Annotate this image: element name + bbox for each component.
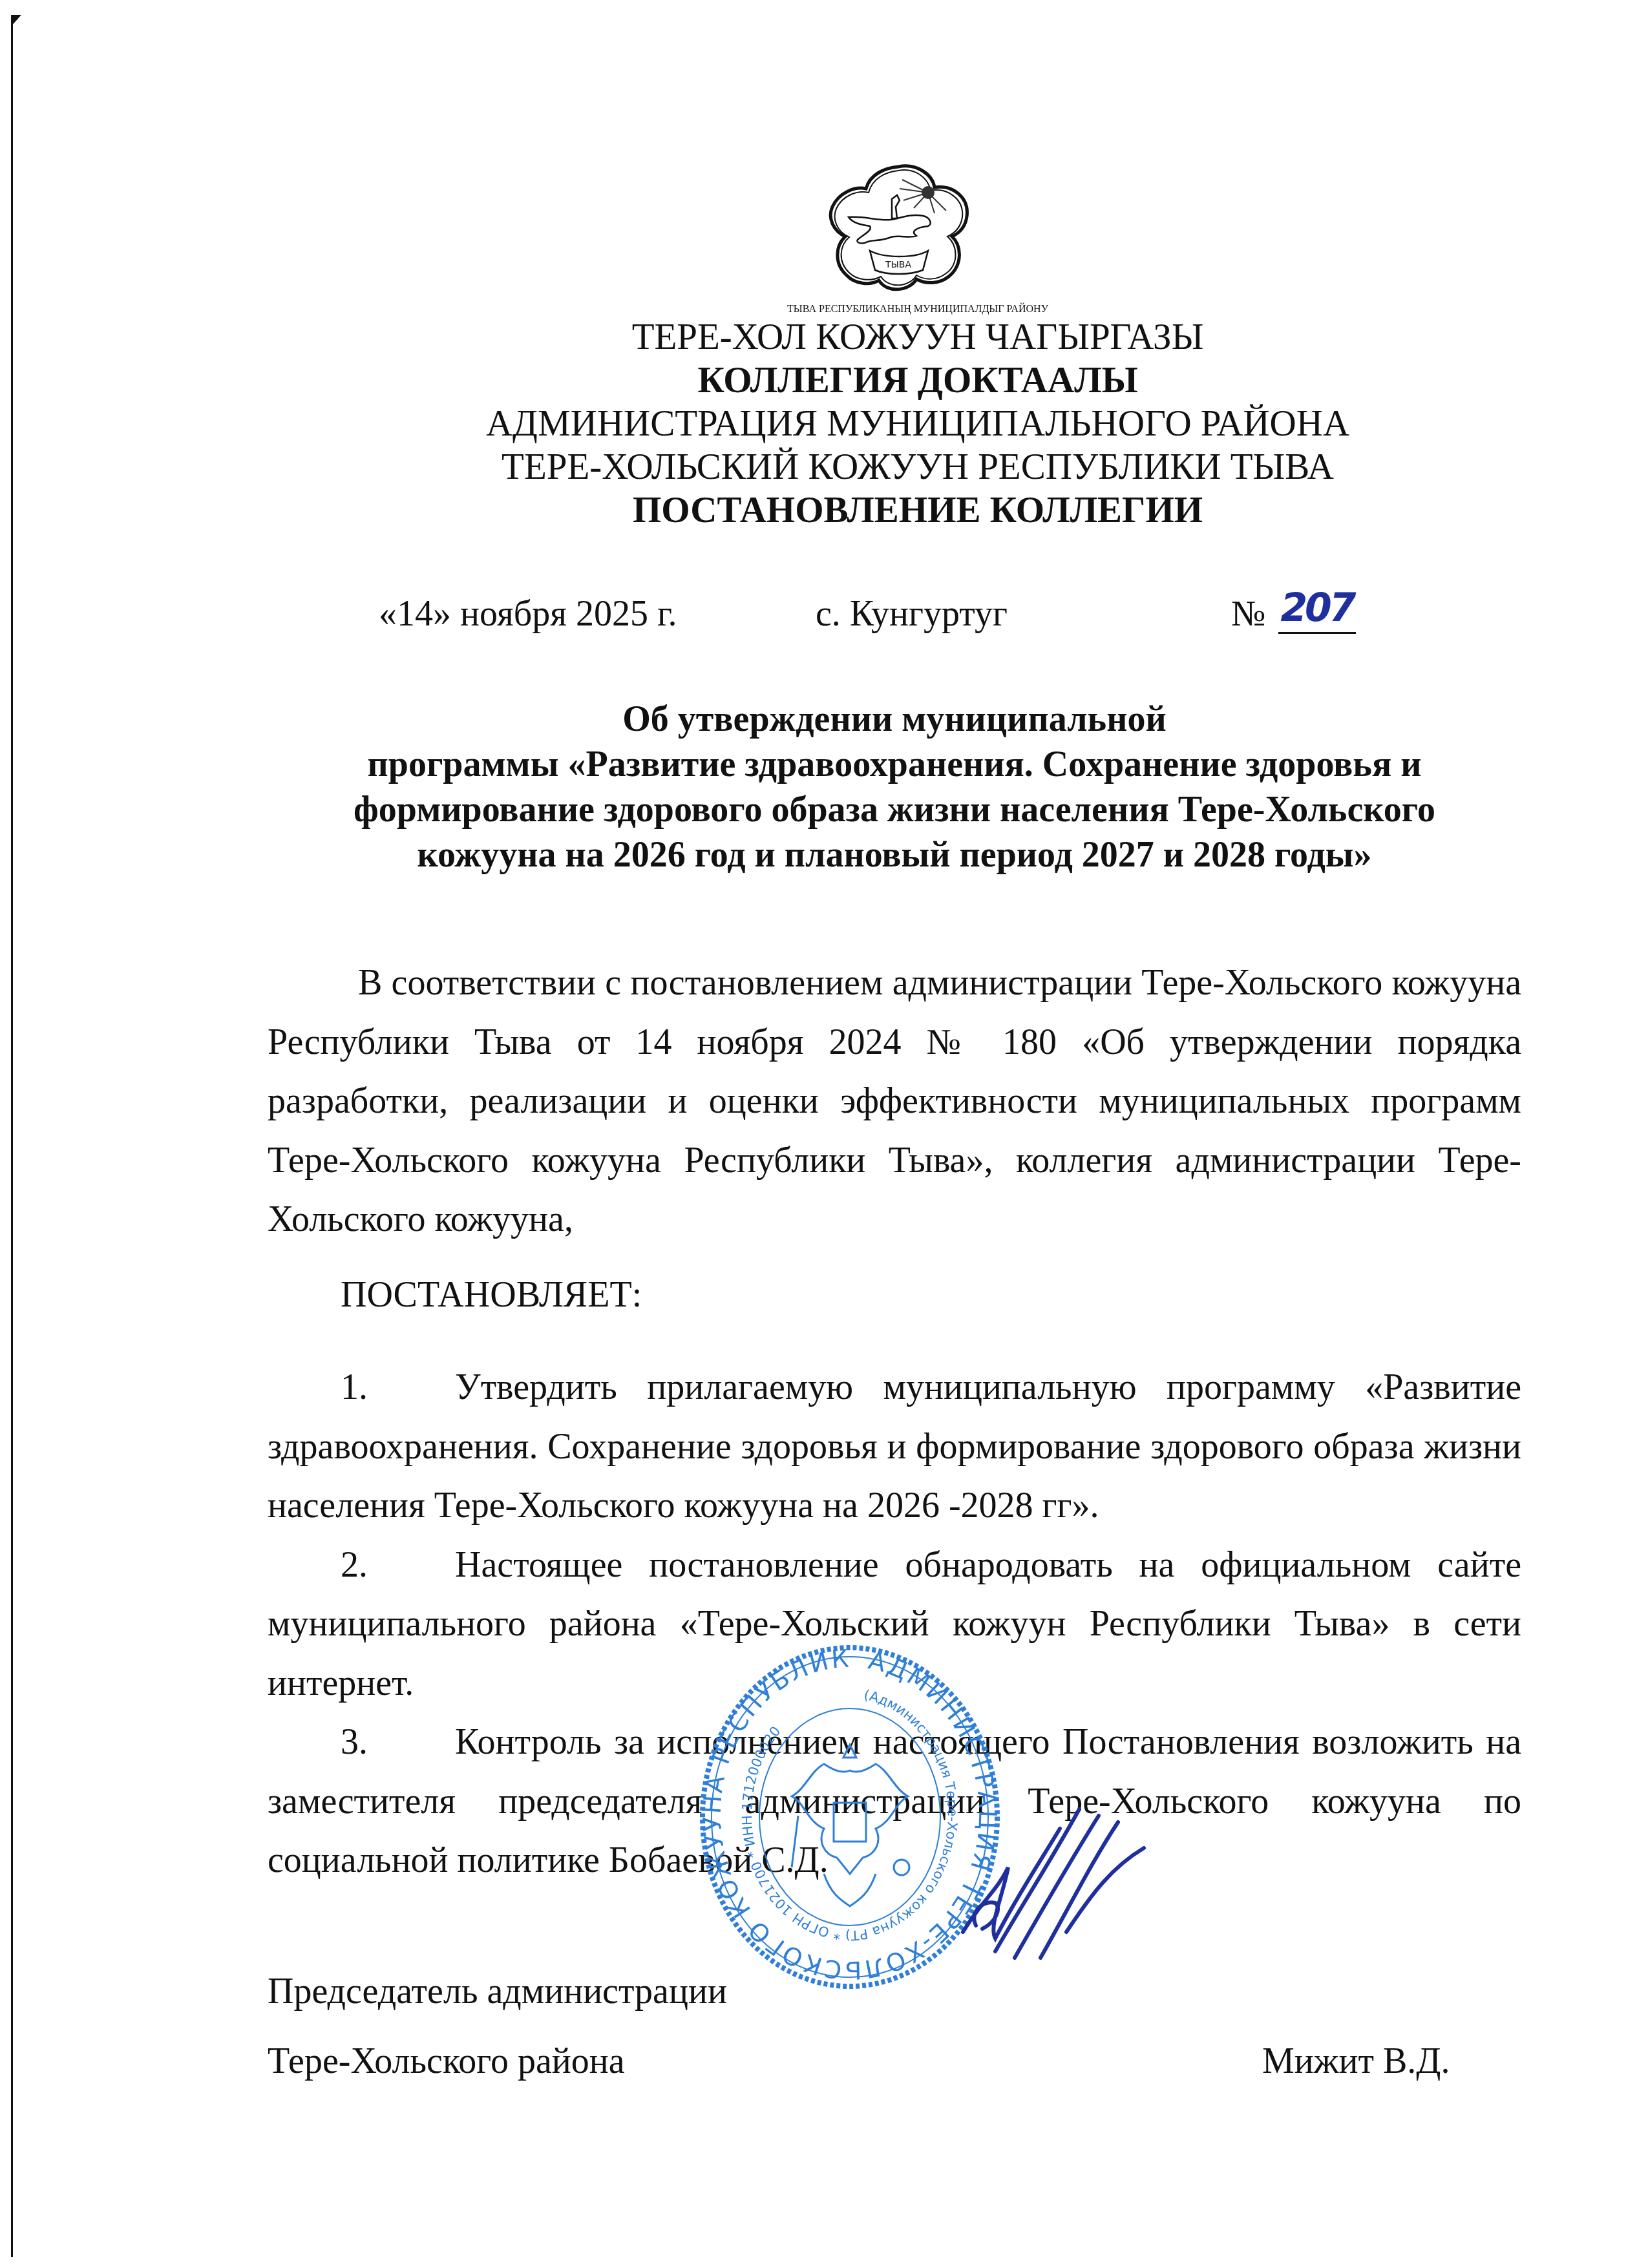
- item-text: Утвердить прилагаемую муниципальную прог…: [268, 1367, 1521, 1526]
- item-number: 3.: [341, 1713, 368, 1772]
- header-line-russian-2: ТЕРЕ-ХОЛЬСКИЙ КОЖУУН РЕСПУБЛИКИ ТЫВА: [326, 445, 1509, 488]
- document-date: «14» ноября 2025 г.: [379, 593, 677, 635]
- handwritten-signature: [956, 1770, 1163, 1977]
- item-number: 2.: [341, 1536, 368, 1595]
- document-number: 207: [1278, 584, 1356, 634]
- header-block: ТЫВА РЕСПУБЛИКАНЫҢ МУНИЦИПАЛДЫГ РАЙОНУ Т…: [326, 304, 1509, 532]
- tuva-coat-of-arms-icon: ТЫВА: [819, 162, 978, 297]
- dateline: «14» ноября 2025 г. с. Кунгуртуг № 207: [0, 593, 1648, 645]
- header-line-russian-1: АДМИНИСТРАЦИЯ МУНИЦИПАЛЬНОГО РАЙОНА: [326, 402, 1509, 445]
- item-number: 1.: [341, 1358, 368, 1418]
- number-label: №: [1231, 593, 1265, 635]
- svg-text:ТЫВА: ТЫВА: [885, 260, 912, 270]
- header-line-tuvan-1: ТЫВА РЕСПУБЛИКАНЫҢ МУНИЦИПАЛДЫГ РАЙОНУ: [326, 304, 1509, 315]
- signatory-position-line2: Тере-Хольского района: [268, 2041, 625, 2082]
- decree-word: ПОСТАНОВЛЯЕТ:: [341, 1274, 642, 1316]
- decree-item-1: 1.Утвердить прилагаемую муниципальную пр…: [268, 1358, 1521, 1536]
- svg-text:(Администрация Тере-Хольского: (Администрация Тере-Хольского кожууна РТ…: [739, 1687, 960, 1943]
- document-type-title: ПОСТАНОВЛЕНИЕ КОЛЛЕГИИ: [326, 488, 1509, 532]
- preamble-paragraph: В соответствии с постановлением админист…: [268, 954, 1521, 1250]
- signatory-position-line1: Председатель администрации: [268, 1971, 727, 2012]
- scan-border: [11, 15, 13, 2257]
- scan-corner: [11, 15, 21, 26]
- header-line-tuvan-2: ТЕРЕ-ХОЛ КОЖУУН ЧАГЫРГАЗЫ: [326, 315, 1509, 359]
- title-line: программы «Развитие здравоохранения. Сох…: [268, 742, 1521, 787]
- document-place: с. Кунгуртуг: [816, 593, 1008, 635]
- title-line: Об утверждении муниципальной: [268, 697, 1521, 742]
- signatory-name: Мижит В.Д.: [1262, 2041, 1450, 2082]
- document-title: Об утверждении муниципальной программы «…: [268, 697, 1521, 877]
- title-line: формирование здорового образа жизни насе…: [268, 787, 1521, 832]
- title-line: кожууна на 2026 год и плановый период 20…: [268, 832, 1521, 877]
- header-line-tuvan-3: КОЛЛЕГИЯ ДОКТААЛЫ: [326, 359, 1509, 402]
